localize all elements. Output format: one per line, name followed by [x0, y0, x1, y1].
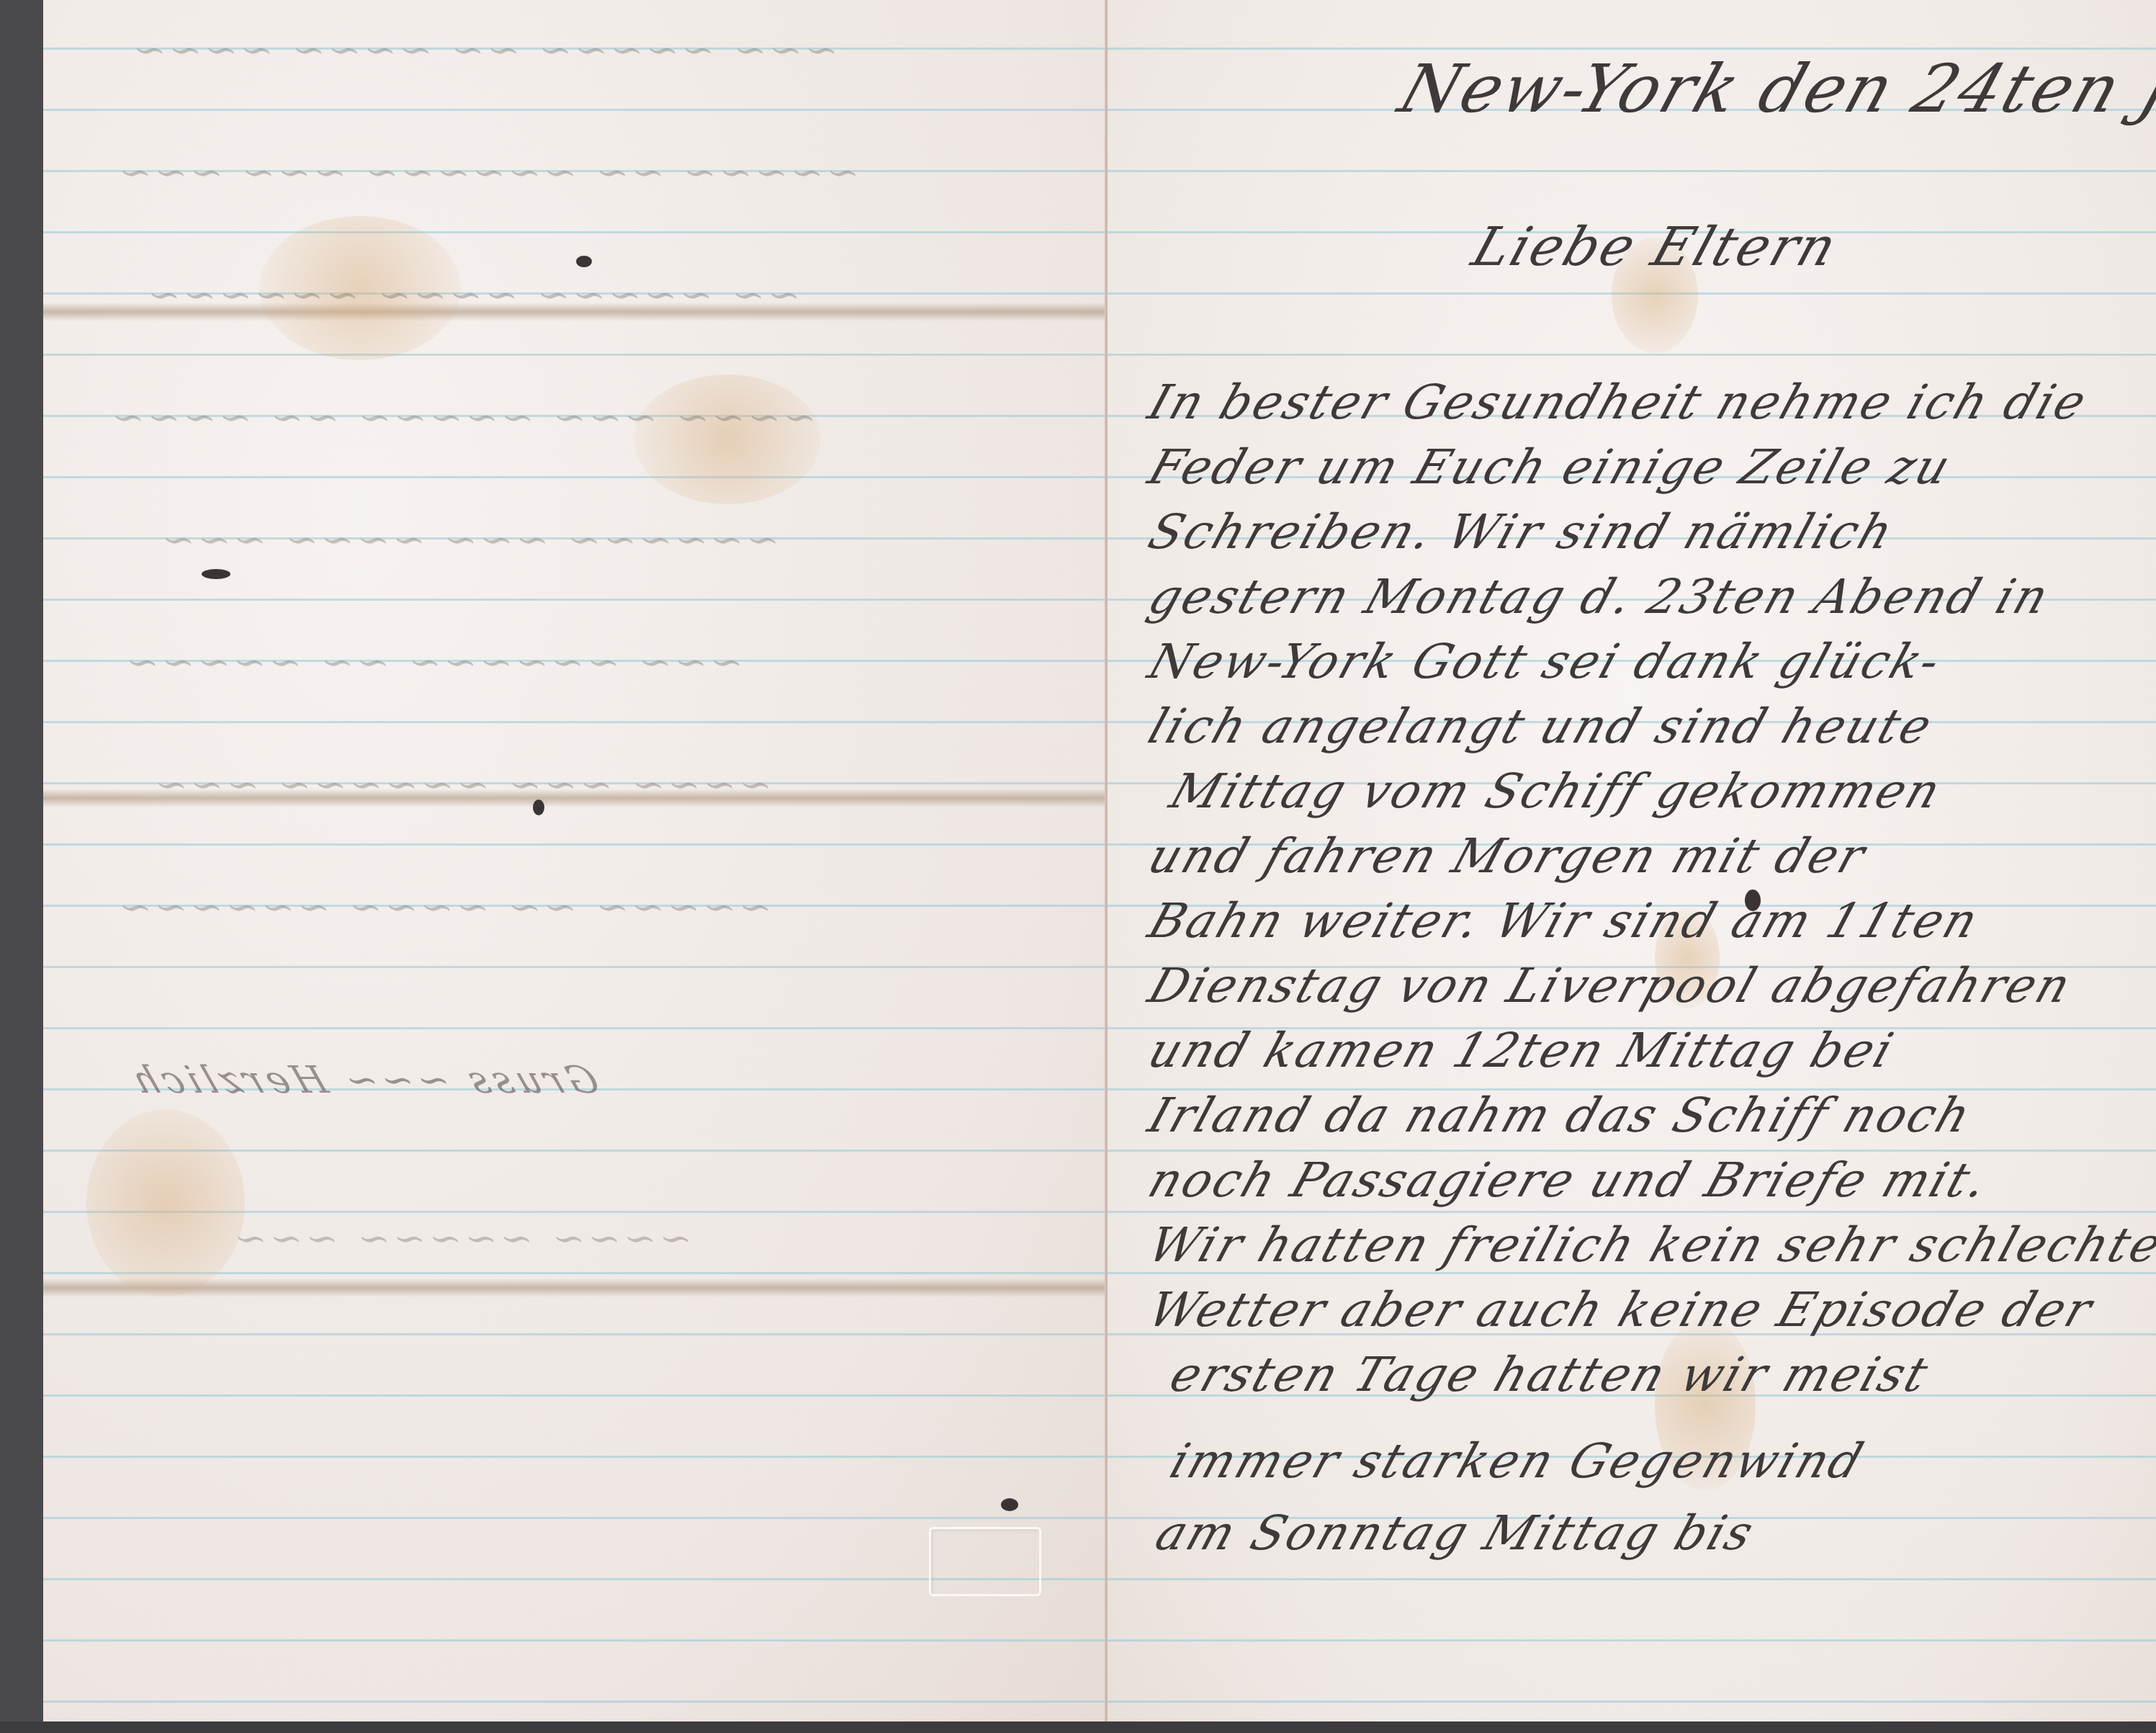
place-and-date: New-York den 24ten Juni: [1391, 50, 2156, 127]
bleed-through-text: ~~~~~ ~~ ~~~~~~ ~~~ ~~~: [107, 151, 866, 194]
letter-line: New-York Gott sei dank glück-: [1141, 634, 1949, 689]
bleed-through-text: ~~~ ~~~~~~ ~~ ~~~~~: [114, 641, 750, 684]
right-page: New-York den 24ten Juni Liebe Eltern In …: [1108, 0, 2156, 1721]
letter-line: In bester Gesundheit nehme ich die: [1141, 375, 2095, 430]
scanner-edge: [0, 1721, 2156, 1733]
ink-blot: [576, 256, 592, 267]
bleed-through-signature: Gruss ~~~ Herzlich: [122, 1059, 605, 1102]
salutation: Liebe Eltern: [1465, 216, 1846, 278]
bleed-through-text: ~~~~~ ~~ ~~~~ ~~~~~~: [107, 886, 778, 929]
age-stain: [634, 375, 821, 504]
letter-line: Wetter aber auch keine Episode der: [1141, 1282, 2101, 1338]
bleed-through-text: ~~~~ ~~~~~ ~~~: [223, 1217, 699, 1260]
letter-line: ersten Tage hatten wir meist: [1163, 1347, 1936, 1402]
ink-blot: [1745, 890, 1761, 911]
left-page: ~~~ ~~~~~ ~~ ~~~~ ~~~~ ~~~~~ ~~ ~~~~~~ ~…: [43, 0, 1105, 1721]
bleed-through-text: ~~~~ ~~~ ~~~~~~ ~~~: [143, 763, 779, 807]
bleed-through-text: ~~~~~~ ~~~ ~~~~ ~~~: [151, 519, 786, 562]
letter-line: Mittag vom Schiff gekommen: [1163, 763, 1949, 819]
ink-blot: [533, 800, 544, 815]
embossed-paper-mark: [929, 1527, 1041, 1596]
ink-blot: [202, 569, 230, 579]
letter-line: immer starken Gegenwind: [1163, 1433, 1872, 1489]
letter-line: Feder um Euch einige Zeile zu: [1141, 439, 1959, 495]
bleed-through-text: ~~~~ ~~~ ~~~~~ ~~ ~~~~: [100, 396, 823, 439]
letter-line: Schreiben. Wir sind nämlich: [1141, 504, 1901, 560]
scanned-letter: ~~~ ~~~~~ ~~ ~~~~ ~~~~ ~~~~~ ~~ ~~~~~~ ~…: [43, 0, 2156, 1721]
letter-line: gestern Montag d. 23ten Abend in: [1141, 569, 2057, 624]
letter-line: und kamen 12ten Mittag bei: [1141, 1023, 1902, 1078]
bleed-through-text: ~~ ~~~~~ ~~~~ ~~~~~~: [136, 274, 807, 317]
letter-line: lich angelangt und sind heute: [1141, 699, 1940, 754]
bleed-through-text: ~~~ ~~~~~ ~~ ~~~~ ~~~~: [122, 29, 845, 72]
letter-line: Irland da nahm das Schiff noch: [1141, 1088, 1979, 1143]
ink-blot: [1001, 1498, 1018, 1511]
letter-line: am Sonntag Mittag bis: [1149, 1505, 1762, 1561]
letter-line: noch Passagiere und Briefe mit.: [1141, 1152, 1996, 1208]
age-stain: [86, 1109, 245, 1297]
letter-line: Wir hatten freilich kein sehr schlechtes: [1141, 1217, 2156, 1273]
letter-line: und fahren Morgen mit der: [1141, 828, 1873, 884]
letter-line: Bahn weiter. Wir sind am 11ten: [1141, 893, 1986, 949]
letter-line: Dienstag von Liverpool abgefahren: [1141, 958, 2079, 1013]
